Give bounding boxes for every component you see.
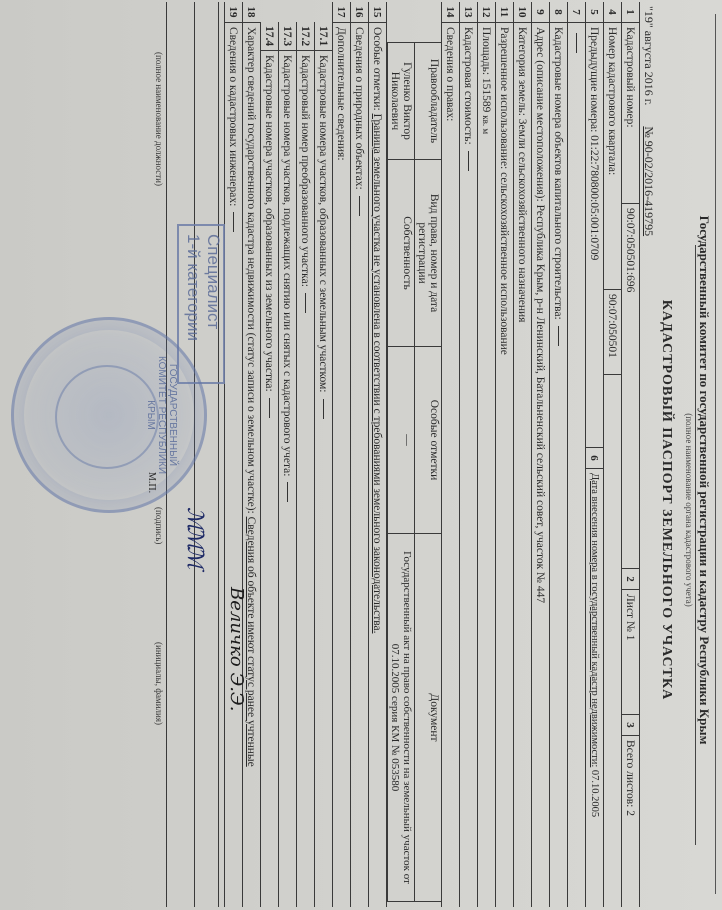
label: Номер кадастрового квартала: xyxy=(607,23,619,289)
organization-caption: (полное наименование органа кадастрового… xyxy=(684,330,694,690)
label: Кадастровые номера участков, подлежащих … xyxy=(282,55,294,476)
row-number: 17 xyxy=(333,2,350,23)
row-number: 5 xyxy=(586,2,603,23)
header-notes: Особые отметки xyxy=(415,347,442,534)
row-number: 11 xyxy=(496,2,513,23)
label: Предыдущие номера: xyxy=(589,27,601,132)
row-special-notes: 15 Особые отметки: Граница земельного уч… xyxy=(368,2,386,907)
address-value: Республика Крым, р-н Ленинский, Батальне… xyxy=(535,205,547,604)
row-number: 6 xyxy=(586,447,603,469)
row-number: 7 xyxy=(568,2,585,23)
row-number: 10 xyxy=(514,2,531,23)
sheet-number: Лист № 1 xyxy=(625,590,637,714)
rights-section: Правообладатель Вид права, номер и дата … xyxy=(386,2,441,907)
label: Особые отметки: xyxy=(372,27,384,111)
empty-dash xyxy=(558,326,559,346)
header-document: Документ xyxy=(415,534,442,902)
row-address: 9 Адрес (описание местоположения): Респу… xyxy=(531,2,549,907)
entry-date-value: 07.10.2005 xyxy=(589,770,600,817)
header-rule xyxy=(715,14,716,894)
label: Кадастровый номер: xyxy=(625,23,637,203)
right-type: Собственность xyxy=(388,160,415,347)
rights-table: Правообладатель Вид права, номер и дата … xyxy=(387,42,441,902)
official-seal-icon: ГОСУДАРСТВЕННЫЙ КОМИТЕТ РЕСПУБЛИКИ КРЫМ xyxy=(11,317,207,513)
special-notes-value: Граница земельного участка не установлен… xyxy=(372,114,384,634)
document-number: № 90-02/2016-419795 xyxy=(642,126,656,236)
row-number: 17.2 xyxy=(297,22,314,51)
label: Адрес (описание местоположения): xyxy=(535,27,547,202)
row-natural-objects: 16 Сведения о природных объектах: xyxy=(350,2,368,907)
row-additional-info: 17 Дополнительные сведения: xyxy=(332,2,350,907)
row-17-2: 17.2 Кадастровый номер преобразованного … xyxy=(296,22,314,907)
empty-dash xyxy=(305,293,306,313)
previous-number-value: 01:22:780800:05:001:0709 xyxy=(589,135,601,260)
label: Категория земель: xyxy=(517,27,529,116)
land-category-value: Земли сельскохозяйственного назначения xyxy=(517,119,529,323)
label: Разрешенное использование: xyxy=(499,27,511,169)
row-land-category: 10 Категория земель: Земли сельскохозяйс… xyxy=(513,2,531,907)
row-number: 12 xyxy=(478,2,495,23)
cadastral-number-value: 90:07:050501:696 xyxy=(622,203,639,568)
label: Кадастровые номера объектов капитального… xyxy=(553,27,565,320)
name-caption: (инициалы, фамилия) xyxy=(154,642,164,725)
signature-block: (полное наименование должности) (подпись… xyxy=(7,2,267,907)
mp-label: М.П. xyxy=(146,472,157,493)
document-title: КАДАСТРОВЫЙ ПАСПОРТ ЗЕМЕЛЬНОГО УЧАСТКА xyxy=(658,240,674,760)
empty-dash xyxy=(576,33,577,53)
holder-name: Гуленко Виктор Николаевич xyxy=(388,43,415,160)
ownership-document: Государственный акт на право собственнос… xyxy=(388,534,415,902)
permitted-use-value: сельскохозяйственное использование xyxy=(499,172,511,355)
table-row: Гуленко Виктор Николаевич Собственность … xyxy=(388,43,415,902)
empty-dash xyxy=(287,482,288,502)
label: Кадастровая стоимость: xyxy=(463,27,475,145)
signature-caption: (подпись) xyxy=(154,507,164,544)
stamp-line-1: Специалист xyxy=(203,234,223,382)
row-17-3: 17.3 Кадастровые номера участков, подлеж… xyxy=(278,22,296,907)
empty-dash xyxy=(269,398,270,418)
position-caption: (полное наименование должности) xyxy=(154,52,164,186)
area-value: 151589 xyxy=(481,78,493,113)
label: Кадастровые номера участков, образованны… xyxy=(318,55,330,393)
passport-table: 1 Кадастровый номер: 90:07:050501:696 2 … xyxy=(224,2,640,907)
area-unit: кв. м xyxy=(482,115,492,134)
label: Сведения о правах: xyxy=(445,23,457,121)
row-number: 8 xyxy=(550,2,567,23)
row-quarter-number: 4 Номер кадастрового квартала: 90:07:050… xyxy=(603,2,621,907)
row-number: 17.3 xyxy=(279,22,296,51)
row-7: 7 xyxy=(567,2,585,907)
empty-dash xyxy=(359,196,360,216)
row-number: 16 xyxy=(351,2,368,23)
label: Дата внесения номера в государственный к… xyxy=(589,473,600,767)
special-notes: — xyxy=(388,347,415,534)
total-sheets: Всего листов: 2 xyxy=(625,736,637,816)
row-number: 9 xyxy=(532,2,549,23)
handwritten-name: Величко Э.Э. xyxy=(226,587,247,711)
row-number: 1 xyxy=(622,2,639,23)
row-number: 15 xyxy=(369,2,386,23)
signature-icon: ℳℳℳ xyxy=(179,507,207,577)
quarter-number-value: 90:07:050501 xyxy=(604,289,621,374)
row-permitted-use: 11 Разрешенное использование: сельскохоз… xyxy=(495,2,513,907)
empty-dash xyxy=(323,399,324,419)
row-number: 14 xyxy=(442,2,459,23)
label: Дополнительные сведения: xyxy=(336,23,348,161)
row-previous-numbers: 5 Предыдущие номера: 01:22:780800:05:001… xyxy=(585,2,603,907)
row-17-1: 17.1 Кадастровые номера участков, образо… xyxy=(314,22,332,907)
organization-underline xyxy=(695,245,696,845)
row-number: 17.1 xyxy=(315,22,332,51)
label: Сведения о природных объектах: xyxy=(354,27,366,190)
label: Кадастровый номер преобразованного участ… xyxy=(300,55,312,287)
row-area: 12 Площадь: 151589 кв. м xyxy=(477,2,495,907)
row-rights: 14 Сведения о правах: xyxy=(441,2,459,907)
header-right: Вид права, номер и дата регистрации xyxy=(415,160,442,347)
row-cadastral-value: 13 Кадастровая стоимость: xyxy=(459,2,477,907)
label: Площадь: xyxy=(481,27,493,75)
row-capital-objects: 8 Кадастровые номера объектов капитально… xyxy=(549,2,567,907)
empty-dash xyxy=(468,151,469,171)
row-number: 13 xyxy=(460,2,477,23)
issue-date: "19" августа 2016 г. xyxy=(642,6,656,105)
organization-name: Государственный комитет по государственн… xyxy=(696,120,712,840)
row-cadastral-number: 1 Кадастровый номер: 90:07:050501:696 2 … xyxy=(621,2,640,907)
cadastral-passport-page: Государственный комитет по государственн… xyxy=(0,0,722,910)
header-holder: Правообладатель xyxy=(415,43,442,160)
row-number: 4 xyxy=(604,2,621,23)
issue-date-line: "19" августа 2016 г. № 90-02/2016-419795 xyxy=(641,6,656,236)
row-number: 3 xyxy=(622,714,639,736)
seal-text: ГОСУДАРСТВЕННЫЙ КОМИТЕТ РЕСПУБЛИКИ КРЫМ xyxy=(145,340,178,490)
row-number: 2 xyxy=(622,568,639,590)
